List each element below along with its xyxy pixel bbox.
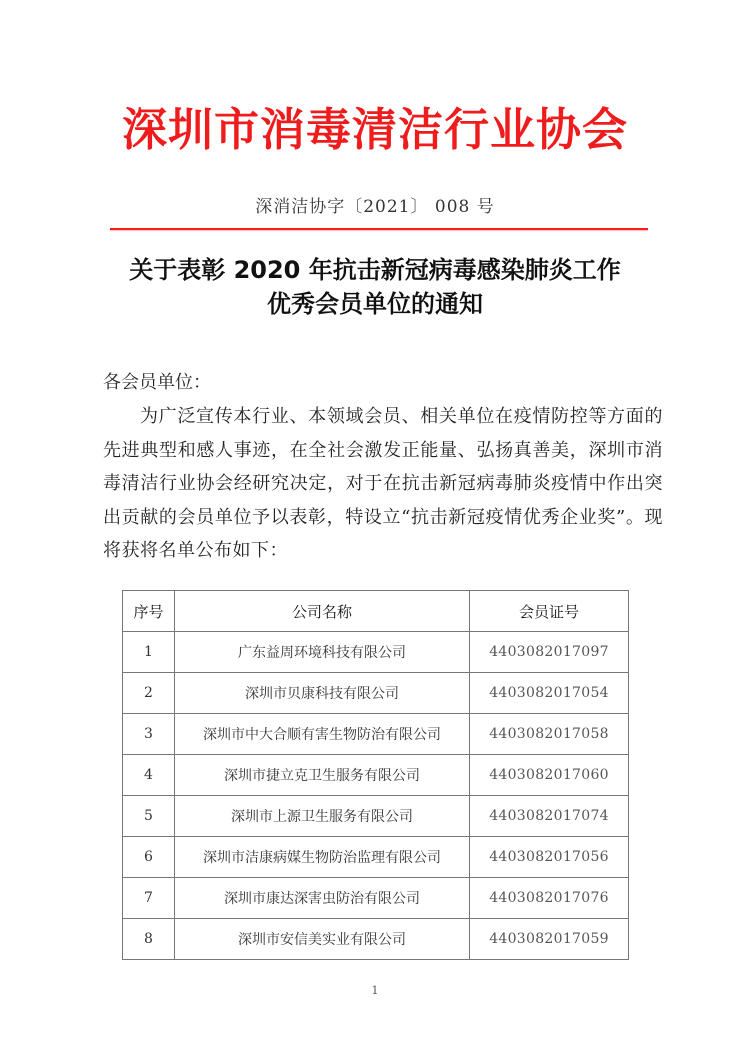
cell-company: 深圳市中大合顺有害生物防治有限公司	[174, 714, 469, 755]
notice-title-line-1: 关于表彰 2020 年抗击新冠病毒感染肺炎工作	[0, 253, 750, 287]
cell-seq: 1	[123, 632, 175, 673]
table-row: 5 深圳市上源卫生服务有限公司 4403082017074	[123, 796, 629, 837]
cell-cert: 4403082017059	[470, 919, 629, 960]
cell-cert: 4403082017097	[470, 632, 629, 673]
cell-seq: 8	[123, 919, 175, 960]
notice-title-line-2: 优秀会员单位的通知	[0, 287, 750, 321]
cell-company: 深圳市捷立克卫生服务有限公司	[174, 755, 469, 796]
cell-seq: 6	[123, 837, 175, 878]
table-row: 3 深圳市中大合顺有害生物防治有限公司 4403082017058	[123, 714, 629, 755]
table-row: 4 深圳市捷立克卫生服务有限公司 4403082017060	[123, 755, 629, 796]
cell-cert: 4403082017074	[470, 796, 629, 837]
header-seq: 序号	[123, 591, 175, 632]
salutation: 各会员单位：	[103, 368, 211, 398]
table-row: 1 广东益周环境科技有限公司 4403082017097	[123, 632, 629, 673]
cell-cert: 4403082017054	[470, 673, 629, 714]
cell-seq: 4	[123, 755, 175, 796]
table-row: 6 深圳市洁康病媒生物防治监理有限公司 4403082017056	[123, 837, 629, 878]
table-row: 2 深圳市贝康科技有限公司 4403082017054	[123, 673, 629, 714]
header-cert: 会员证号	[470, 591, 629, 632]
cell-cert: 4403082017060	[470, 755, 629, 796]
cell-company: 深圳市洁康病媒生物防治监理有限公司	[174, 837, 469, 878]
cell-cert: 4403082017076	[470, 878, 629, 919]
cell-cert: 4403082017056	[470, 837, 629, 878]
cell-seq: 2	[123, 673, 175, 714]
cell-seq: 3	[123, 714, 175, 755]
cell-seq: 7	[123, 878, 175, 919]
page-number: 1	[0, 984, 750, 997]
cell-company: 广东益周环境科技有限公司	[174, 632, 469, 673]
cell-company: 深圳市上源卫生服务有限公司	[174, 796, 469, 837]
cell-company: 深圳市康达深害虫防治有限公司	[174, 878, 469, 919]
notice-title: 关于表彰 2020 年抗击新冠病毒感染肺炎工作 优秀会员单位的通知	[0, 253, 750, 321]
cell-company: 深圳市贝康科技有限公司	[174, 673, 469, 714]
cell-seq: 5	[123, 796, 175, 837]
awardee-table: 序号 公司名称 会员证号 1 广东益周环境科技有限公司 440308201709…	[122, 590, 629, 960]
header-company: 公司名称	[174, 591, 469, 632]
table-row: 8 深圳市安信美实业有限公司 4403082017059	[123, 919, 629, 960]
red-divider	[110, 228, 648, 230]
body-paragraph: 为广泛宣传本行业、本领域会员、相关单位在疫情防控等方面的先进典型和感人事迹，在全…	[103, 400, 663, 568]
table-header-row: 序号 公司名称 会员证号	[123, 591, 629, 632]
cell-company: 深圳市安信美实业有限公司	[174, 919, 469, 960]
table-row: 7 深圳市康达深害虫防治有限公司 4403082017076	[123, 878, 629, 919]
cell-cert: 4403082017058	[470, 714, 629, 755]
organization-title: 深圳市消毒清洁行业协会	[0, 100, 750, 160]
document-number: 深消洁协字〔2021〕 008 号	[0, 195, 750, 219]
